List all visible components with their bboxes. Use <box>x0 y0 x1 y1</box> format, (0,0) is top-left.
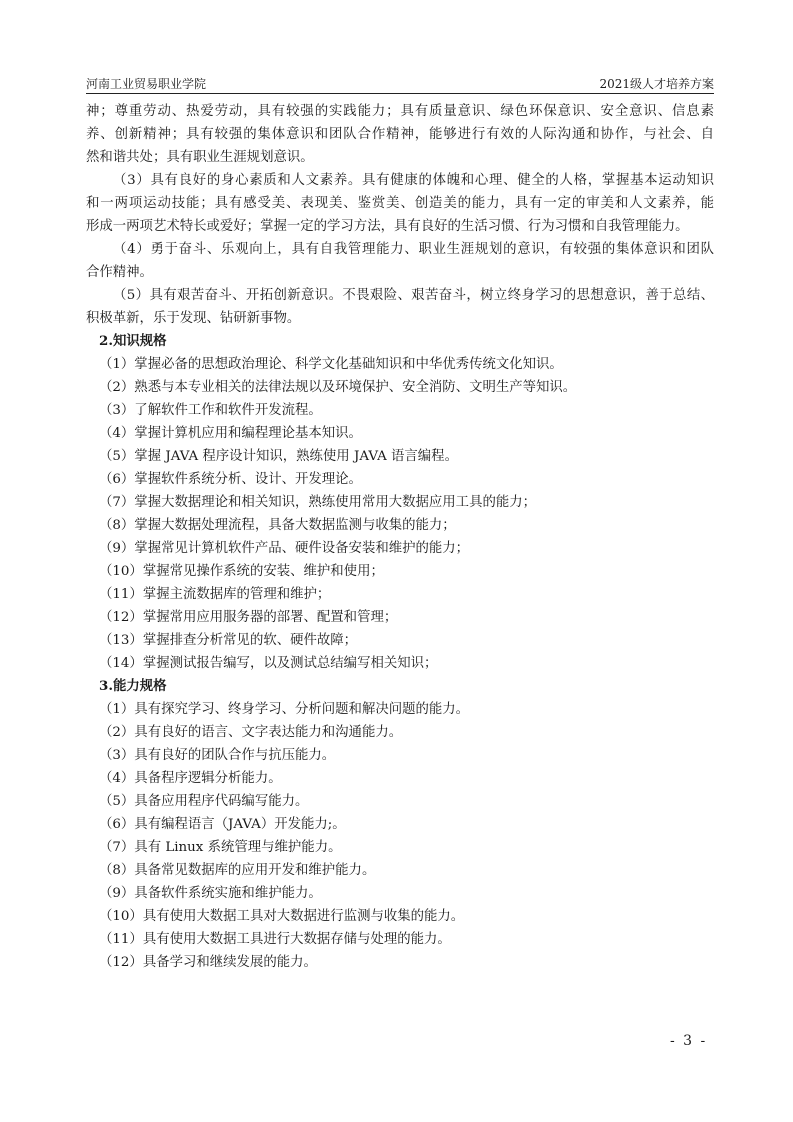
list-item: （11）掌握主流数据库的管理和维护； <box>86 583 714 606</box>
header-document-title: 2021级人才培养方案 <box>599 77 714 91</box>
quality-item-3: （3）具有良好的身心素质和人文素养。具有健康的体魄和心理、健全的人格，掌握基本运… <box>86 169 714 238</box>
page-body: 神；尊重劳动、热爱劳动，具有较强的实践能力；具有质量意识、绿色环保意识、安全意识… <box>86 100 714 974</box>
list-item: （10）具有使用大数据工具对大数据进行监测与收集的能力。 <box>86 905 714 928</box>
list-item: （5）掌握 JAVA 程序设计知识，熟练使用 JAVA 语言编程。 <box>86 445 714 468</box>
header-institution: 河南工业贸易职业学院 <box>86 77 206 91</box>
list-item: （13）掌握排查分析常见的软、硬件故障； <box>86 629 714 652</box>
list-item: （2）熟悉与本专业相关的法律法规以及环境保护、安全消防、文明生产等知识。 <box>86 376 714 399</box>
text-line: 养、创新精神；具有较强的集体意识和团队合作精神，能够进行有效的人际沟通和协作，与… <box>86 123 714 146</box>
page-header: 河南工业贸易职业学院 2021级人才培养方案 <box>86 75 714 93</box>
list-item: （7）掌握大数据理论和相关知识，熟练使用常用大数据应用工具的能力； <box>86 491 714 514</box>
text-line: 形成一两项艺术特长或爱好；掌握一定的学习方法，具有良好的生活习惯、行为习惯和自我… <box>86 215 714 238</box>
text-line: 合作精神。 <box>86 261 714 284</box>
list-item: （1）掌握必备的思想政治理论、科学文化基础知识和中华优秀传统文化知识。 <box>86 353 714 376</box>
list-item: （3）具有良好的团队合作与抗压能力。 <box>86 744 714 767</box>
section-heading-ability: 3.能力规格 <box>86 675 714 698</box>
list-item: （9）掌握常见计算机软件产品、硬件设备安装和维护的能力； <box>86 537 714 560</box>
text-line: 神；尊重劳动、热爱劳动，具有较强的实践能力；具有质量意识、绿色环保意识、安全意识… <box>86 100 714 123</box>
list-item: （3）了解软件工作和软件开发流程。 <box>86 399 714 422</box>
quality-item-4: （4）勇于奋斗、乐观向上，具有自我管理能力、职业生涯规划的意识，有较强的集体意识… <box>86 238 714 284</box>
text-line: （5）具有艰苦奋斗、开拓创新意识。不畏艰险、艰苦奋斗，树立终身学习的思想意识，善… <box>86 284 714 307</box>
section-heading-knowledge: 2.知识规格 <box>86 330 714 353</box>
list-item: （10）掌握常见操作系统的安装、维护和使用； <box>86 560 714 583</box>
list-item: （4）掌握计算机应用和编程理论基本知识。 <box>86 422 714 445</box>
list-item: （12）掌握常用应用服务器的部署、配置和管理； <box>86 606 714 629</box>
list-item: （1）具有探究学习、终身学习、分析问题和解决问题的能力。 <box>86 698 714 721</box>
list-item: （6）具有编程语言（JAVA）开发能力;。 <box>86 813 714 836</box>
quality-item-5: （5）具有艰苦奋斗、开拓创新意识。不畏艰险、艰苦奋斗，树立终身学习的思想意识，善… <box>86 284 714 330</box>
list-item: （7）具有 Linux 系统管理与维护能力。 <box>86 836 714 859</box>
text-line: （4）勇于奋斗、乐观向上，具有自我管理能力、职业生涯规划的意识，有较强的集体意识… <box>86 238 714 261</box>
list-item: （5）具备应用程序代码编写能力。 <box>86 790 714 813</box>
text-line: 积极革新，乐于发现、钻研新事物。 <box>86 307 714 330</box>
ability-list: （1）具有探究学习、终身学习、分析问题和解决问题的能力。 （2）具有良好的语言、… <box>86 698 714 974</box>
list-item: （14）掌握测试报告编写，以及测试总结编写相关知识； <box>86 652 714 675</box>
page-number: - 3 - <box>670 1033 707 1049</box>
text-line: 然和谐共处；具有职业生涯规划意识。 <box>86 146 714 169</box>
knowledge-list: （1）掌握必备的思想政治理论、科学文化基础知识和中华优秀传统文化知识。 （2）熟… <box>86 353 714 675</box>
list-item: （6）掌握软件系统分析、设计、开发理论。 <box>86 468 714 491</box>
list-item: （11）具有使用大数据工具进行大数据存储与处理的能力。 <box>86 928 714 951</box>
list-item: （9）具备软件系统实施和维护能力。 <box>86 882 714 905</box>
text-line: （3）具有良好的身心素质和人文素养。具有健康的体魄和心理、健全的人格，掌握基本运… <box>86 169 714 192</box>
list-item: （2）具有良好的语言、文字表达能力和沟通能力。 <box>86 721 714 744</box>
header-divider <box>86 93 714 94</box>
list-item: （8）具备常见数据库的应用开发和维护能力。 <box>86 859 714 882</box>
list-item: （4）具备程序逻辑分析能力。 <box>86 767 714 790</box>
list-item: （12）具备学习和继续发展的能力。 <box>86 951 714 974</box>
list-item: （8）掌握大数据处理流程，具备大数据监测与收集的能力； <box>86 514 714 537</box>
continuation-paragraph: 神；尊重劳动、热爱劳动，具有较强的实践能力；具有质量意识、绿色环保意识、安全意识… <box>86 100 714 169</box>
text-line: 和一两项运动技能；具有感受美、表现美、鉴赏美、创造美的能力，具有一定的审美和人文… <box>86 192 714 215</box>
